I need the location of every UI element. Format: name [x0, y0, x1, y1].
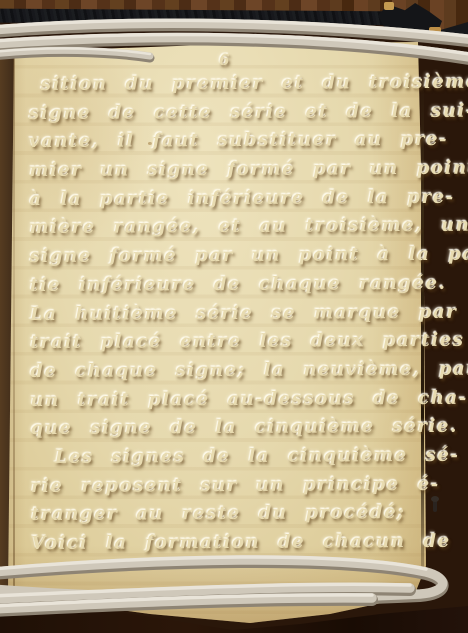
- gilt-fleck: [384, 2, 394, 10]
- embossed-line: signe formé par un point à la par-: [30, 241, 422, 272]
- embossed-line: à la partie inférieure de la pre-: [29, 184, 421, 215]
- book-photograph: 6 sition du premier et du troisième sign…: [0, 0, 468, 633]
- embossed-line: La huitième série se marque par un: [30, 298, 422, 329]
- page-crease-line: [13, 48, 15, 592]
- embossed-text-block: 6 sition du premier et du troisième sign…: [29, 49, 424, 559]
- book-cover-edge: [0, 9, 402, 26]
- embossed-line: mière rangée, et au troisième, un: [30, 212, 422, 243]
- embossed-line: tie inférieure de chaque rangée.: [30, 270, 422, 301]
- embossed-line: Voici la formation de chacun de: [31, 528, 423, 559]
- embossed-line: mier un signe formé par un point: [29, 155, 421, 186]
- embossed-line: tranger au reste du procédé;: [31, 499, 423, 530]
- ink-mark: [433, 498, 437, 512]
- embossed-line: que signe de la cinquième série.: [31, 413, 423, 444]
- foxing-spot: [86, 597, 91, 601]
- embossed-line: Les signes de la cinquième sé-: [31, 442, 423, 473]
- embossed-line: vante, il faut substituer au pre-: [29, 126, 421, 157]
- gilt-fleck: [429, 27, 441, 35]
- embossed-line: signe de cette série et de la sui-: [29, 98, 421, 129]
- embossed-line: sition du premier et du troisième: [29, 69, 421, 100]
- embossed-line: un trait placé au-dessous de cha-: [30, 385, 422, 416]
- embossed-line: de chaque signe; la neuvième, par: [30, 356, 422, 387]
- embossed-line: rie reposent sur un principe é-: [31, 471, 423, 502]
- embossed-line: trait placé entre les deux parties: [30, 327, 422, 358]
- page-number: 6: [29, 49, 421, 71]
